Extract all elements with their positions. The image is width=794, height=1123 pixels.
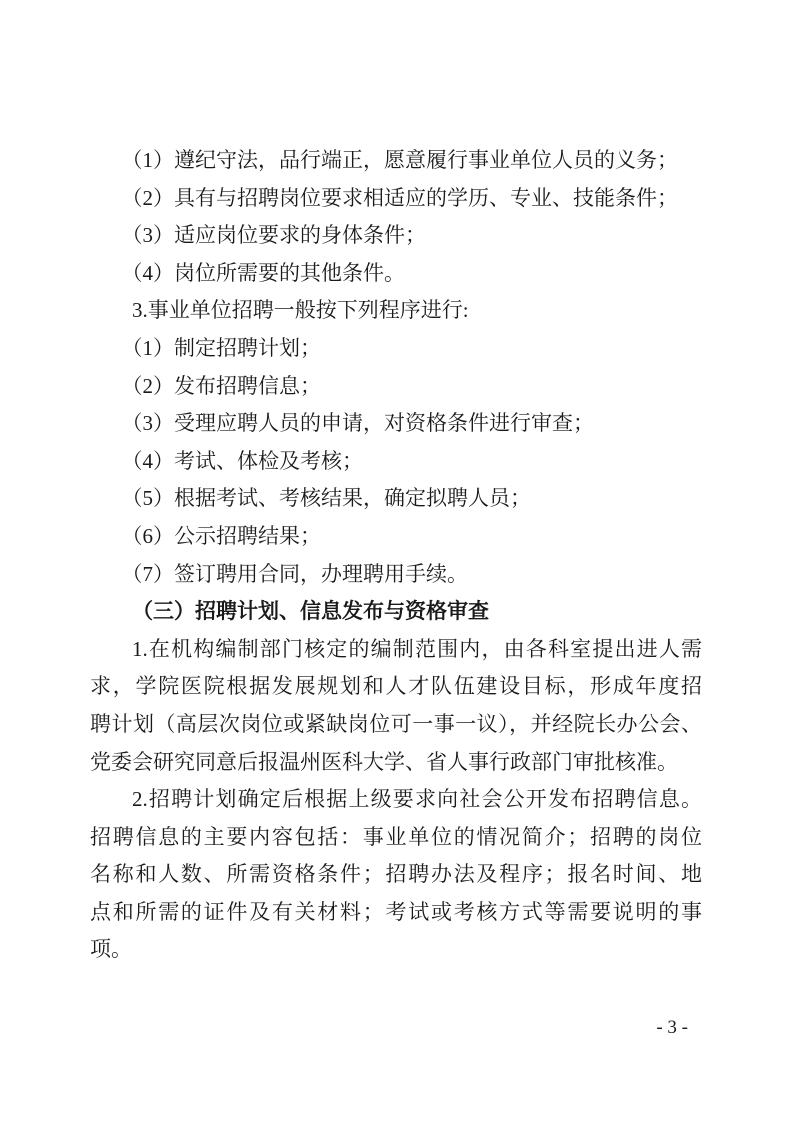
text-line: （7）签订聘用合同，办理聘用手续。	[90, 556, 702, 594]
text-line: （4）考试、体检及考核；	[90, 443, 702, 481]
document-body: （1）遵纪守法，品行端正，愿意履行事业单位人员的义务；（2）具有与招聘岗位要求相…	[90, 142, 702, 969]
text-line: 党委会研究同意后报温州医科大学、省人事行政部门审批核准。	[90, 744, 702, 782]
text-line: （3）适应岗位要求的身体条件；	[90, 217, 702, 255]
text-line: 名称和人数、所需资格条件；招聘办法及程序；报名时间、地	[90, 856, 702, 894]
text-line: （三）招聘计划、信息发布与资格审查	[90, 593, 702, 631]
page-number: - 3 -	[656, 1016, 688, 1040]
text-line: （3）受理应聘人员的申请，对资格条件进行审查；	[90, 405, 702, 443]
text-line: 聘计划（高层次岗位或紧缺岗位可一事一议），并经院长办公会、	[90, 706, 702, 744]
text-line: （1）制定招聘计划；	[90, 330, 702, 368]
text-line: 求，学院医院根据发展规划和人才队伍建设目标，形成年度招	[90, 668, 702, 706]
text-line: 3.事业单位招聘一般按下列程序进行:	[90, 292, 702, 330]
text-line: 2.招聘计划确定后根据上级要求向社会公开发布招聘信息。	[90, 781, 702, 819]
text-line: （4）岗位所需要的其他条件。	[90, 255, 702, 293]
document-page: （1）遵纪守法，品行端正，愿意履行事业单位人员的义务；（2）具有与招聘岗位要求相…	[0, 0, 794, 1123]
text-line: 项。	[90, 931, 702, 969]
text-line: 招聘信息的主要内容包括：事业单位的情况简介；招聘的岗位	[90, 819, 702, 857]
text-line: （6）公示招聘结果；	[90, 518, 702, 556]
text-line: （2）发布招聘信息；	[90, 368, 702, 406]
text-line: （1）遵纪守法，品行端正，愿意履行事业单位人员的义务；	[90, 142, 702, 180]
text-line: （5）根据考试、考核结果，确定拟聘人员；	[90, 480, 702, 518]
text-line: 1.在机构编制部门核定的编制范围内，由各科室提出进人需	[90, 631, 702, 669]
text-line: 点和所需的证件及有关材料；考试或考核方式等需要说明的事	[90, 894, 702, 932]
text-line: （2）具有与招聘岗位要求相适应的学历、专业、技能条件；	[90, 180, 702, 218]
